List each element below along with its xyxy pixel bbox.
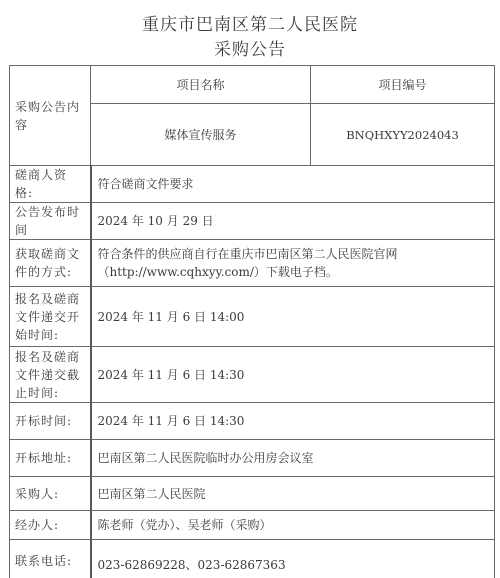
row-value: 巴南区第二人民医院 — [91, 477, 495, 511]
hospital-title: 重庆市巴南区第二人民医院 — [0, 10, 500, 35]
row-label: 联系电话: — [10, 540, 91, 578]
row-label: 公告发布时间 — [10, 203, 91, 240]
notice-title: 采购公告 — [0, 35, 500, 60]
table-row: 报名及磋商文件递交截止时间: 2024 年 11 月 6 日 14:30 — [10, 347, 495, 403]
project-name-header: 项目名称 — [91, 66, 311, 104]
row-label: 报名及磋商文件递交开始时间: — [10, 287, 91, 347]
section-label: 采购公告内容 — [10, 66, 91, 166]
project-number-value: BNQHXYY2024043 — [311, 104, 495, 166]
row-label: 磋商人资格: — [10, 166, 91, 203]
row-label: 采购人: — [10, 477, 91, 511]
table-row: 采购人: 巴南区第二人民医院 — [10, 477, 495, 511]
table-row: 报名及磋商文件递交开始时间: 2024 年 11 月 6 日 14:00 — [10, 287, 495, 347]
project-number-header: 项目编号 — [311, 66, 495, 104]
row-label: 开标地址: — [10, 440, 91, 477]
table-row: 公告发布时间 2024 年 10 月 29 日 — [10, 203, 495, 240]
row-label: 获取磋商文件的方式: — [10, 240, 91, 287]
row-value: 符合条件的供应商自行在重庆市巴南区第二人民医院官网（http://www.cqh… — [91, 240, 495, 287]
row-value: 023-62869228、023-62867363 — [91, 540, 495, 578]
row-label: 开标时间: — [10, 403, 91, 440]
row-value: 巴南区第二人民医院临时办公用房会议室 — [91, 440, 495, 477]
table-row: 联系电话: 023-62869228、023-62867363 — [10, 540, 495, 578]
row-value: 2024 年 10 月 29 日 — [91, 203, 495, 240]
row-value: 2024 年 11 月 6 日 14:30 — [91, 403, 495, 440]
table-row: 获取磋商文件的方式: 符合条件的供应商自行在重庆市巴南区第二人民医院官网（htt… — [10, 240, 495, 287]
table-row: 开标地址: 巴南区第二人民医院临时办公用房会议室 — [10, 440, 495, 477]
table-row: 开标时间: 2024 年 11 月 6 日 14:30 — [10, 403, 495, 440]
row-value: 2024 年 11 月 6 日 14:30 — [91, 347, 495, 403]
project-name-value: 媒体宣传服务 — [91, 104, 311, 166]
row-value: 陈老师（党办）、吴老师（采购） — [91, 511, 495, 540]
row-label: 经办人: — [10, 511, 91, 540]
procurement-table: 采购公告内容 项目名称 项目编号 媒体宣传服务 BNQHXYY2024043 磋… — [9, 65, 495, 578]
table-row: 经办人: 陈老师（党办）、吴老师（采购） — [10, 511, 495, 540]
row-value: 2024 年 11 月 6 日 14:00 — [91, 287, 495, 347]
row-label: 报名及磋商文件递交截止时间: — [10, 347, 91, 403]
table-row: 磋商人资格: 符合磋商文件要求 — [10, 166, 495, 203]
row-value: 符合磋商文件要求 — [91, 166, 495, 203]
